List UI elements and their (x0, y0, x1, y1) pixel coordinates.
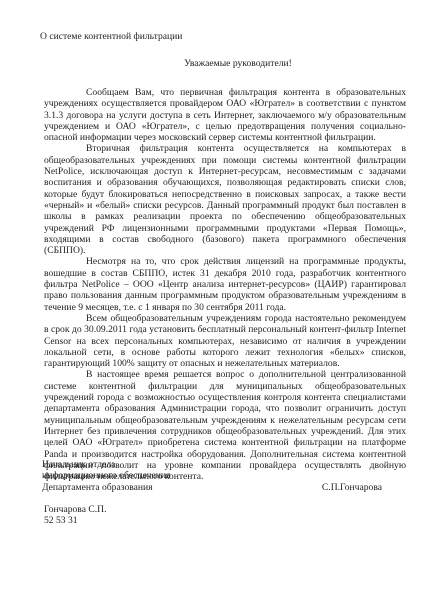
signature-block: Начальник отдела информационного обеспеч… (42, 459, 402, 493)
signer-position-line3: Департамента образования С.П.Гончарова (42, 482, 402, 493)
contact-name: Гончарова С.П. (44, 504, 107, 515)
greeting: Уважаемые руководители! (0, 58, 424, 69)
contact-block: Гончарова С.П. 52 53 31 (44, 504, 107, 527)
contact-phone: 52 53 31 (44, 515, 107, 526)
paragraph: Сообщаем Вам, что первичная фильтрация к… (44, 87, 406, 143)
paragraph: Вторичная фильтрация контента осуществля… (44, 143, 406, 256)
document-subject: О системе контентной фильтрации (40, 31, 182, 42)
paragraph: Несмотря на то, что срок действия лиценз… (44, 256, 406, 312)
signer-position-line2: информационного обеспечения (42, 470, 402, 481)
signer-department: Департамента образования (42, 482, 153, 493)
letter-body: Сообщаем Вам, что первичная фильтрация к… (44, 87, 406, 482)
document-page: О системе контентной фильтрации Уважаемы… (0, 0, 424, 600)
signer-name: С.П.Гончарова (322, 482, 382, 493)
signer-position-line1: Начальник отдела (42, 459, 402, 470)
paragraph: Всем общеобразовательным учреждениям гор… (44, 313, 406, 369)
